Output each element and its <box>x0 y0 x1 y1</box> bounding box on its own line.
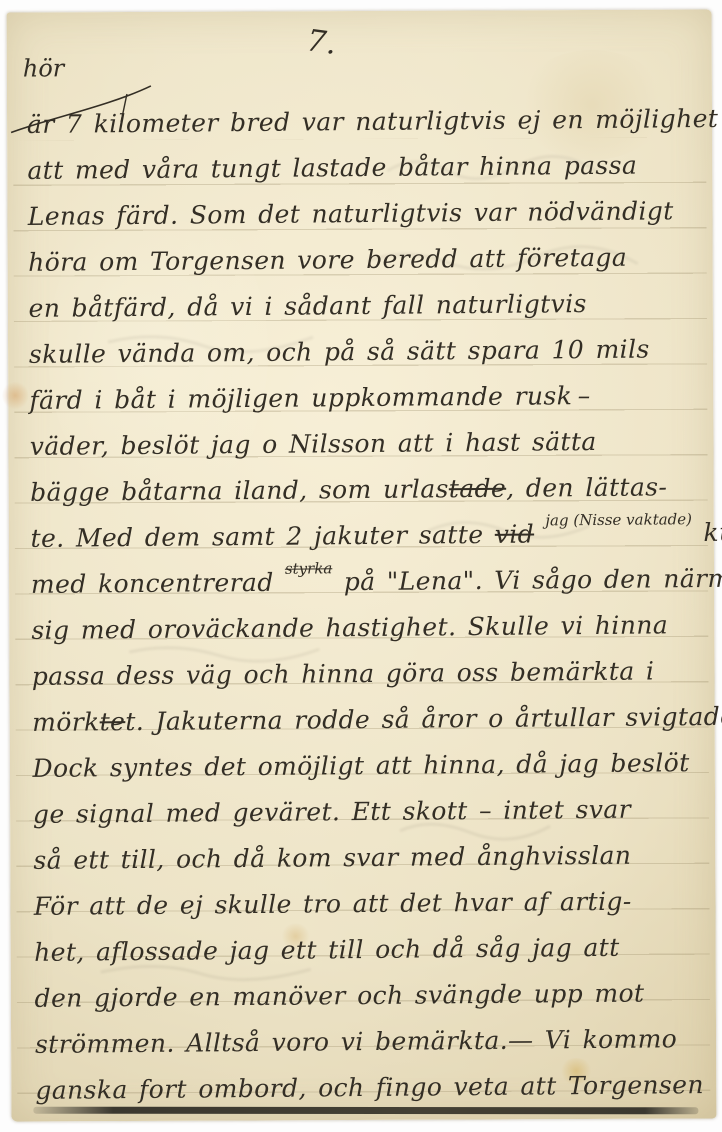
text-segment: så ett till, och då kom svar med ånghvis… <box>33 841 631 875</box>
handwritten-line: så ett till, och då kom svar med ånghvis… <box>33 832 712 884</box>
inserted-word: styrka <box>285 561 333 576</box>
text-segment: passa dess väg och hinna göra oss bemärk… <box>32 656 655 690</box>
margin-note: hör <box>23 54 65 82</box>
handwritten-line: sig med oroväckande hastighet. Skulle vi… <box>31 602 710 654</box>
handwritten-line: höra om Torgensen vore beredd att företa… <box>28 234 707 286</box>
text-segment: te. Med dem samt 2 jakuter satte <box>30 520 494 553</box>
handwritten-line: mörktet. Jakuterna rodde så åror o årtul… <box>32 694 711 746</box>
handwritten-line: strömmen. Alltså voro vi bemärkta.— Vi k… <box>35 1016 714 1068</box>
text-body: är 7 kilometer bred var naturligtvis ej … <box>27 96 715 1114</box>
handwritten-line: För att de ej skulle tro att det hvar af… <box>34 878 713 930</box>
handwritten-line: den gjorde en manöver och svängde upp mo… <box>34 970 713 1022</box>
handwritten-line: att med våra tungt lastade båtar hinna p… <box>27 142 706 194</box>
struck-word: tade <box>449 474 507 503</box>
text-segment: skulle vända om, och på så sätt spara 10… <box>29 335 650 369</box>
handwritten-line: skulle vända om, och på så sätt spara 10… <box>29 326 708 378</box>
handwritten-line: väder, beslöt jag o Nilsson att i hast s… <box>30 418 709 470</box>
handwritten-line: färd i båt i möjligen uppkommande rusk – <box>29 372 708 424</box>
handwritten-line: passa dess väg och hinna göra oss bemärk… <box>32 648 711 700</box>
letter-paper: 7. hör är 7 kilometer bred var naturligt… <box>7 9 717 1121</box>
handwritten-line: en båtfärd, då vi i sådant fall naturlig… <box>28 280 707 332</box>
text-segment: , den lättas- <box>506 472 667 502</box>
handwritten-line: Lenas färd. Som det naturligtvis var nöd… <box>28 188 707 240</box>
text-segment: kurs <box>692 518 722 548</box>
text-segment: strömmen. Alltså voro vi bemärkta.— Vi k… <box>35 1024 677 1059</box>
text-segment: het, aflossade jag ett till och då såg j… <box>34 933 620 967</box>
page-number: 7. <box>304 23 339 62</box>
handwritten-line: ge signal med geväret. Ett skott – intet… <box>33 786 712 838</box>
text-segment: höra om Torgensen vore beredd att företa… <box>28 243 627 277</box>
struck-word: te <box>100 707 126 736</box>
text-segment: För att de ej skulle tro att det hvar af… <box>34 887 632 921</box>
handwritten-line: med koncentrerad styrka på "Lena". Vi så… <box>31 556 710 608</box>
text-segment: är 7 kilometer bred var naturligtvis ej … <box>27 104 719 139</box>
handwritten-line: te. Med dem samt 2 jakuter satte vid jag… <box>30 510 709 562</box>
struck-word: vid <box>495 520 535 549</box>
text-segment: Dock syntes det omöjligt att hinna, då j… <box>32 748 689 783</box>
text-segment: färd i båt i möjligen uppkommande rusk – <box>29 381 590 415</box>
text-segment: på "Lena". Vi sågo den närma <box>332 564 722 597</box>
text-segment: att med våra tungt lastade båtar hinna p… <box>27 151 637 185</box>
text-segment: t. Jakuterna rodde så åror o årtullar sv… <box>125 702 722 736</box>
inserted-word: jag (Nisse vaktade) <box>545 512 692 528</box>
text-segment <box>534 519 546 548</box>
handwritten-line: Dock syntes det omöjligt att hinna, då j… <box>32 740 711 792</box>
paper-stain <box>2 380 28 410</box>
text-segment: väder, beslöt jag o Nilsson att i hast s… <box>30 427 597 461</box>
text-segment: bägge båtarna iland, som urlas <box>30 474 449 507</box>
handwritten-line: är 7 kilometer bred var naturligtvis ej … <box>27 96 706 148</box>
text-segment: ganska fort ombord, och fingo veta att T… <box>35 1070 704 1105</box>
text-segment: ge signal med geväret. Ett skott – intet… <box>33 795 631 829</box>
text-segment: den gjorde en manöver och svängde upp mo… <box>34 979 644 1013</box>
handwritten-line: bägge båtarna iland, som urlastade, den … <box>30 464 709 516</box>
paper-bottom-edge <box>33 1107 698 1115</box>
text-segment: Lenas färd. Som det naturligtvis var nöd… <box>28 196 674 231</box>
handwritten-line: het, aflossade jag ett till och då såg j… <box>34 924 713 976</box>
text-segment: med koncentrerad <box>31 568 285 599</box>
text-segment: sig med oroväckande hastighet. Skulle vi… <box>31 610 668 645</box>
scan-background: 7. hör är 7 kilometer bred var naturligt… <box>0 0 722 1132</box>
text-segment: en båtfärd, då vi i sådant fall naturlig… <box>28 289 586 323</box>
text-segment: mörk <box>32 707 100 737</box>
